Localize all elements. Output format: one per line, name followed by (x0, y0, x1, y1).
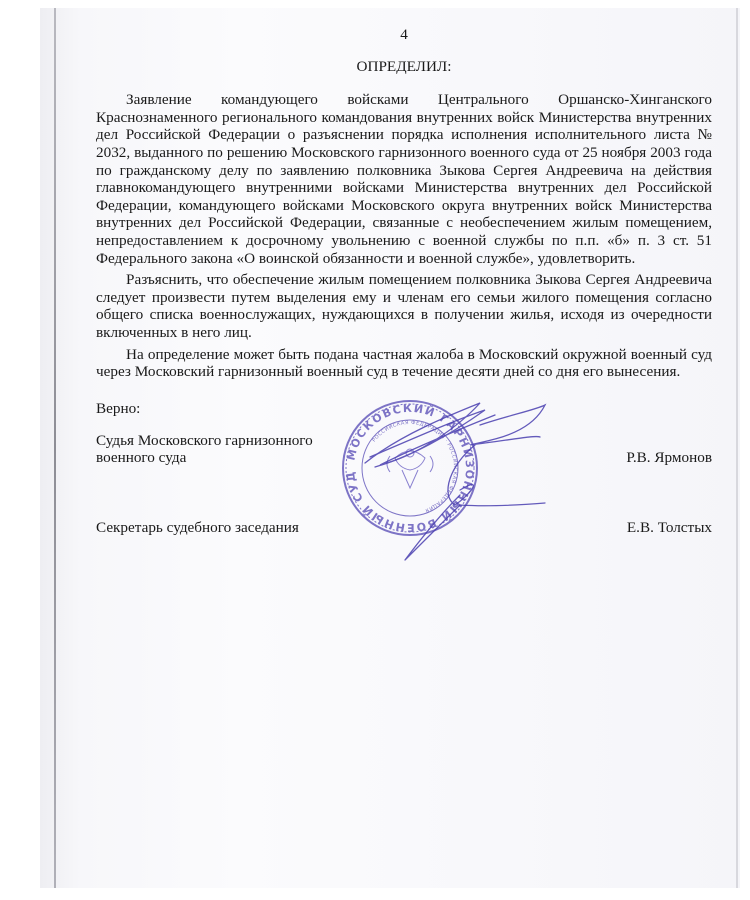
page-number: 4 (96, 26, 712, 44)
paper-right-edge (736, 8, 738, 888)
paragraph-ruling: Заявление командующего войсками Централь… (96, 91, 712, 267)
paper-left-fold-edge (54, 8, 56, 888)
document-body: 4 ОПРЕДЕЛИЛ: Заявление командующего войс… (96, 26, 712, 385)
judge-name: Р.В. Ярмонов (626, 449, 712, 467)
paragraph-clarification: Разъяснить, что обеспечение жилым помеще… (96, 271, 712, 341)
paragraph-appeal: На определение может быть подана частная… (96, 346, 712, 381)
secretary-name: Е.В. Толстых (627, 519, 712, 537)
ruling-heading: ОПРЕДЕЛИЛ: (96, 58, 712, 76)
handwritten-signature-icon (360, 395, 550, 565)
